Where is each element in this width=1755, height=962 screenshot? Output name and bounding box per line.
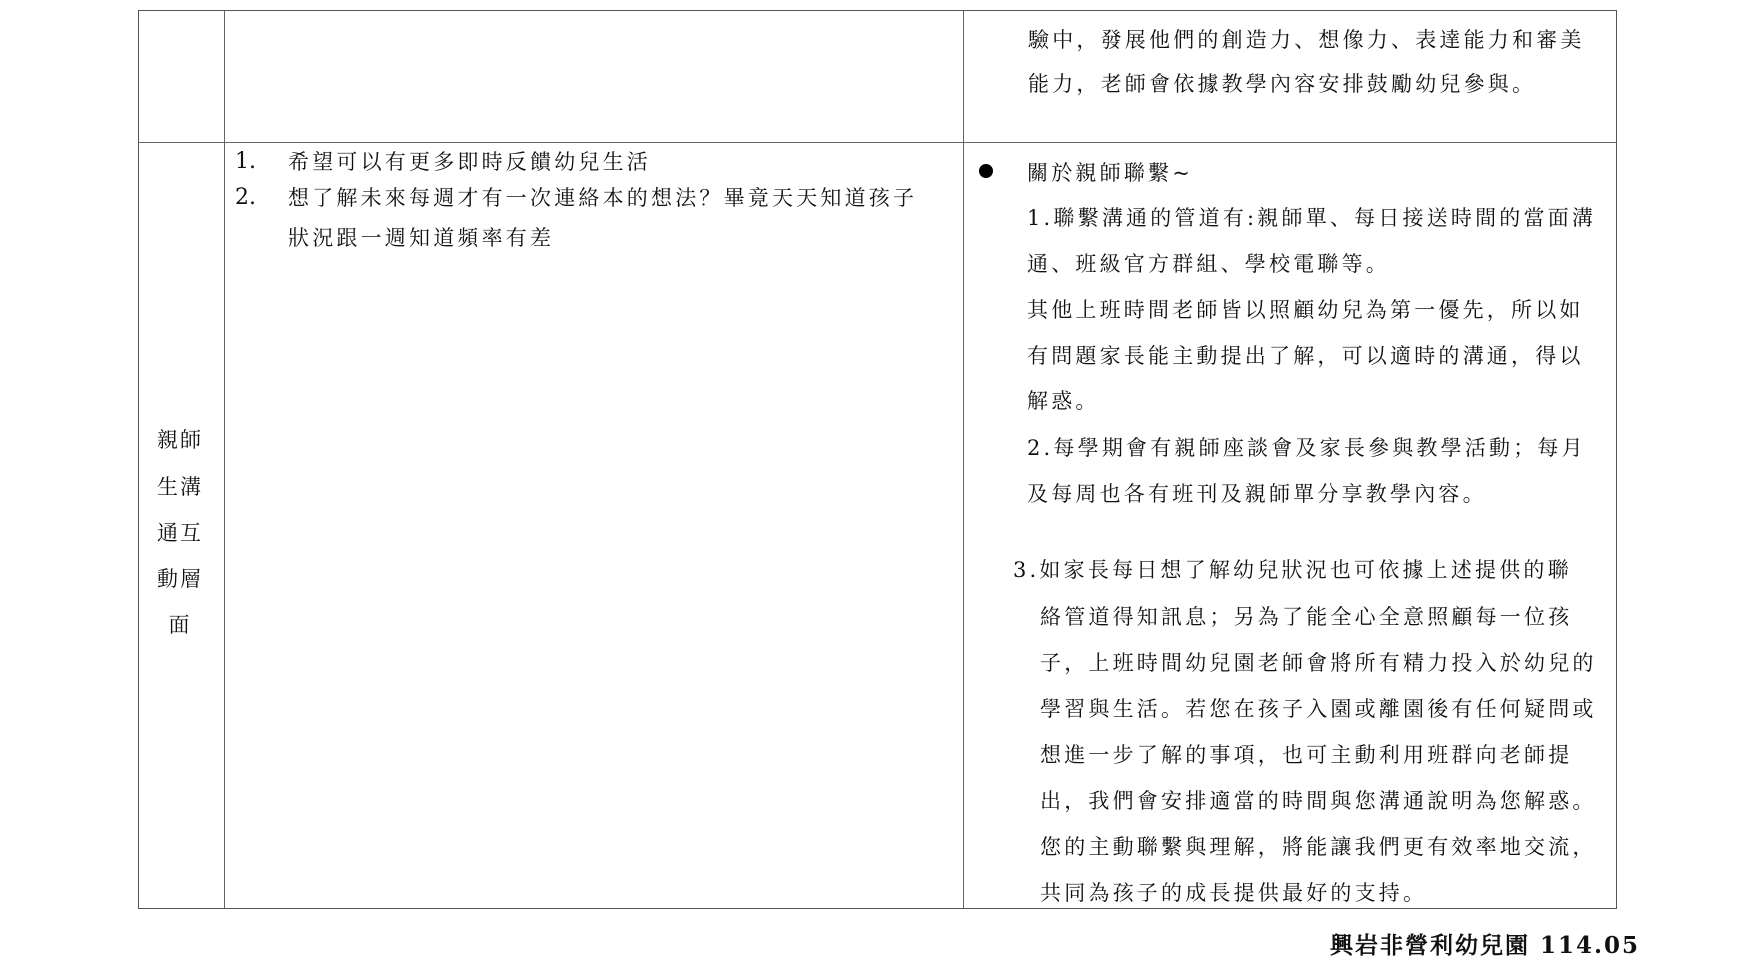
category-label: 面 <box>150 613 210 637</box>
response-line: 通、班級官方群組、學校電聯等。 <box>1027 252 1390 276</box>
feedback-number: 1. <box>235 150 256 174</box>
response-line: 1.聯繫溝通的管道有:親師單、每日接送時間的當面溝 <box>1027 206 1596 230</box>
response-line: 子，上班時間幼兒園老師會將所有精力投入於幼兒的 <box>1040 651 1597 675</box>
feedback-item: 想了解未來每週才有一次連絡本的想法？畢竟天天知道孩子 <box>288 186 917 210</box>
response-line: 解惑。 <box>1027 389 1100 413</box>
response-line: 學習與生活。若您在孩子入園或離園後有任何疑問或 <box>1040 697 1597 721</box>
feedback-number: 2. <box>235 186 256 210</box>
category-label: 親師 <box>150 428 210 452</box>
response-title: 關於親師聯繫~ <box>1027 161 1193 185</box>
response-line: 想進一步了解的事項，也可主動利用班群向老師提 <box>1040 743 1572 767</box>
row1-response-line: 能力，老師會依據教學內容安排鼓勵幼兒參與。 <box>1028 72 1536 96</box>
column-divider-2 <box>963 11 964 908</box>
response-line: 及每周也各有班刊及親師單分享教學內容。 <box>1027 482 1487 506</box>
response-line: 3.如家長每日想了解幼兒狀況也可依據上述提供的聯 <box>1013 558 1572 582</box>
category-label: 生溝 <box>150 475 210 499</box>
response-line: 出，我們會安排適當的時間與您溝通說明為您解惑。 <box>1040 789 1597 813</box>
row1-response-line: 驗中，發展他們的創造力、想像力、表達能力和審美 <box>1028 28 1585 52</box>
row-divider <box>139 142 1616 143</box>
bullet-icon <box>979 164 993 178</box>
response-line: 有問題家長能主動提出了解，可以適時的溝通，得以 <box>1027 344 1584 368</box>
footer-organization: 興岩非營利幼兒園 114.05 <box>1330 927 1640 960</box>
response-line: 共同為孩子的成長提供最好的支持。 <box>1040 881 1427 905</box>
response-line: 其他上班時間老師皆以照顧幼兒為第一優先，所以如 <box>1027 298 1584 322</box>
feedback-item: 希望可以有更多即時反饋幼兒生活 <box>288 150 651 174</box>
feedback-item: 狀況跟一週知道頻率有差 <box>288 226 554 250</box>
column-divider-1 <box>224 11 225 908</box>
category-label: 通互 <box>150 521 210 545</box>
category-label: 動層 <box>150 567 210 591</box>
response-line: 絡管道得知訊息；另為了能全心全意照顧每一位孩 <box>1040 605 1572 629</box>
response-line: 您的主動聯繫與理解，將能讓我們更有效率地交流， <box>1040 835 1597 859</box>
response-line: 2.每學期會有親師座談會及家長參與教學活動；每月 <box>1027 436 1586 460</box>
